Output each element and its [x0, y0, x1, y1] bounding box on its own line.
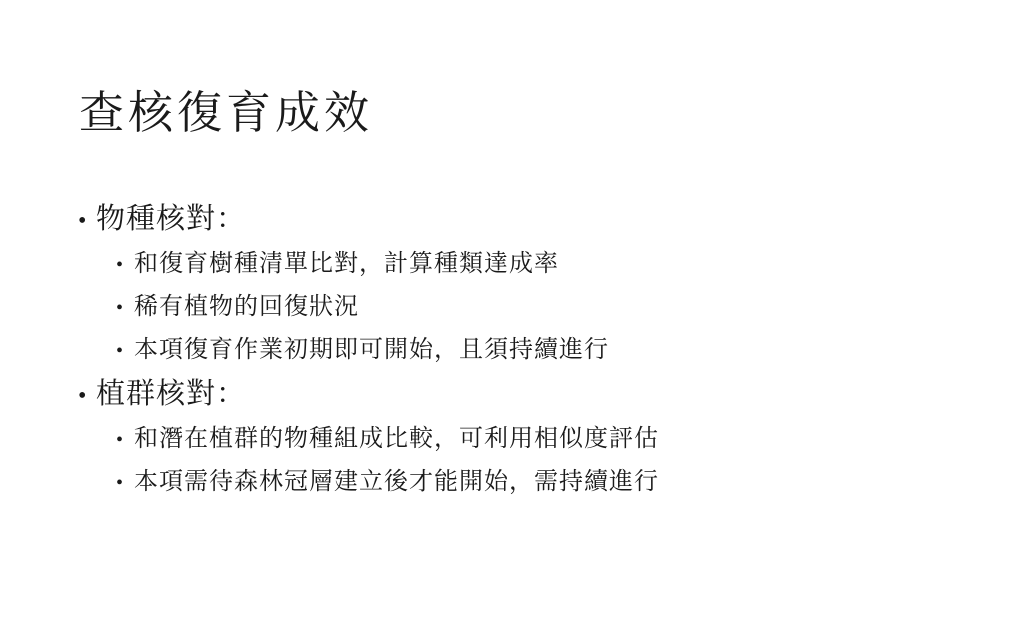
list-item: • 和潛在植群的物種組成比較，可利用相似度評估: [116, 418, 958, 461]
bullet-icon: •: [78, 374, 88, 418]
list-item-text: 和潛在植群的物種組成比較，可利用相似度評估: [134, 418, 659, 460]
list-item: • 本項復育作業初期即可開始，且須持續進行: [116, 329, 958, 372]
list-item-text: 和復育樹種清單比對，計算種類達成率: [134, 243, 559, 285]
list-item-text: 稀有植物的回復狀況: [134, 286, 359, 328]
bullet-icon: •: [78, 199, 88, 243]
list-item-heading: • 物種核對：: [78, 197, 958, 243]
bullet-icon: •: [116, 462, 126, 504]
list-item-text: 本項復育作業初期即可開始，且須持續進行: [134, 329, 609, 371]
slide-title: 查核復育成效: [79, 76, 373, 141]
bullet-icon: •: [116, 287, 126, 329]
bullet-icon: •: [116, 244, 126, 286]
list-item: • 稀有植物的回復狀況: [116, 286, 958, 329]
list-item: • 和復育樹種清單比對，計算種類達成率: [116, 243, 958, 286]
bullet-icon: •: [116, 419, 126, 461]
list-item: • 本項需待森林冠層建立後才能開始，需持續進行: [116, 461, 958, 504]
list-item-text: 物種核對：: [96, 197, 246, 241]
list-item-text: 本項需待森林冠層建立後才能開始，需持續進行: [134, 461, 659, 503]
list-item-heading: • 植群核對：: [78, 372, 958, 418]
slide-body: • 物種核對： • 和復育樹種清單比對，計算種類達成率 • 稀有植物的回復狀況 …: [78, 197, 958, 504]
slide: 查核復育成效 • 物種核對： • 和復育樹種清單比對，計算種類達成率 • 稀有植…: [0, 0, 1024, 641]
list-item-text: 植群核對：: [96, 372, 246, 416]
bullet-icon: •: [116, 330, 126, 372]
